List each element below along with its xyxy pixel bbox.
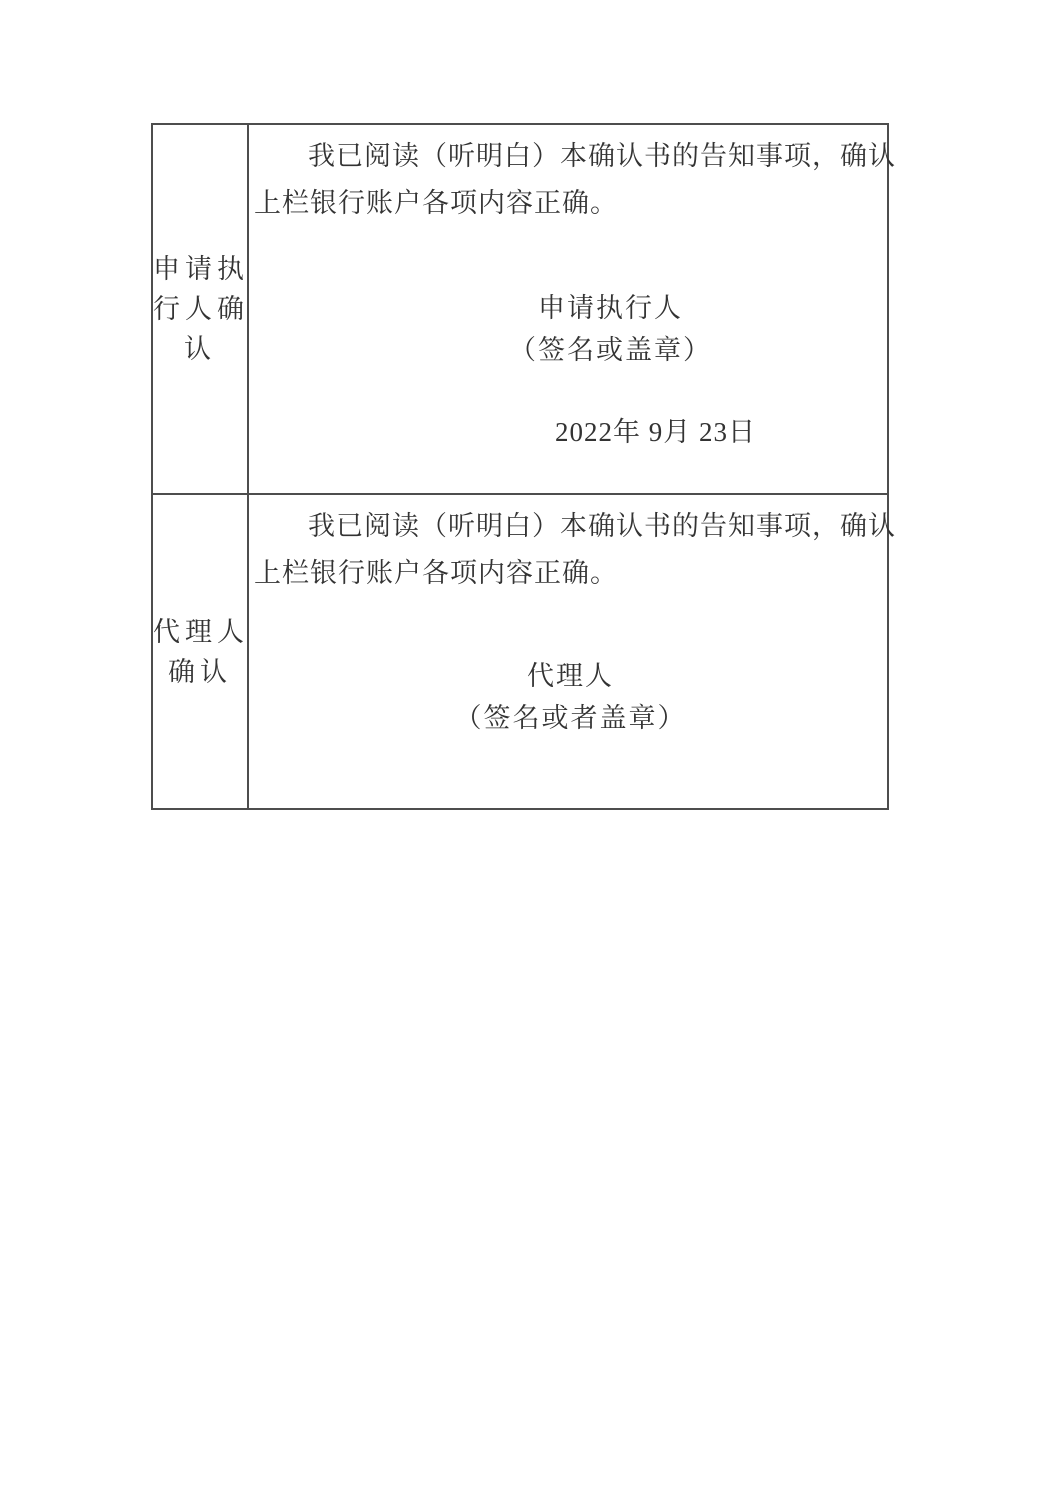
row-label-cell-agent: 代理人 确认 [152, 494, 248, 809]
signature-note: （签名或盖章） [294, 329, 927, 371]
row-label-line: 行人确 [153, 289, 247, 329]
confirmation-statement: 我已阅读（听明白）本确认书的告知事项，确认 上栏银行账户各项内容正确。 [254, 133, 887, 227]
row-label-line: 代理人 [153, 612, 247, 652]
signature-title: 申请执行人 [294, 287, 927, 329]
row-label-cell-applicant: 申请执 行人确 认 [152, 124, 248, 494]
row-label-line: 认 [153, 329, 247, 369]
statement-line: 上栏银行账户各项内容正确。 [254, 180, 887, 227]
statement-line: 上栏银行账户各项内容正确。 [254, 550, 887, 597]
statement-line: 我已阅读（听明白）本确认书的告知事项，确认 [254, 133, 887, 180]
agent-confirmation-row: 代理人 确认 我已阅读（听明白）本确认书的告知事项，确认 上栏银行账户各项内容正… [152, 494, 888, 809]
confirmation-table: 申请执 行人确 认 我已阅读（听明白）本确认书的告知事项，确认 上栏银行账户各项… [151, 123, 889, 810]
row-label-line: 申请执 [153, 249, 247, 289]
signature-title: 代理人 [254, 655, 887, 697]
statement-line: 我已阅读（听明白）本确认书的告知事项，确认 [254, 503, 887, 550]
signature-block-applicant: 申请执行人 （签名或盖章） [294, 287, 927, 371]
confirmation-body-cell-agent: 我已阅读（听明白）本确认书的告知事项，确认 上栏银行账户各项内容正确。 代理人 … [248, 494, 888, 809]
applicant-confirmation-row: 申请执 行人确 认 我已阅读（听明白）本确认书的告知事项，确认 上栏银行账户各项… [152, 124, 888, 494]
row-label-line: 确认 [153, 652, 247, 692]
document-page: 申请执 行人确 认 我已阅读（听明白）本确认书的告知事项，确认 上栏银行账户各项… [0, 0, 1049, 1488]
confirmation-body-cell-applicant: 我已阅读（听明白）本确认书的告知事项，确认 上栏银行账户各项内容正确。 申请执行… [248, 124, 888, 494]
signature-block-agent: 代理人 （签名或者盖章） [254, 655, 887, 739]
signature-note: （签名或者盖章） [254, 697, 887, 739]
confirmation-statement: 我已阅读（听明白）本确认书的告知事项，确认 上栏银行账户各项内容正确。 [254, 503, 887, 597]
signature-date: 2022年 9月 23日 [339, 411, 972, 453]
